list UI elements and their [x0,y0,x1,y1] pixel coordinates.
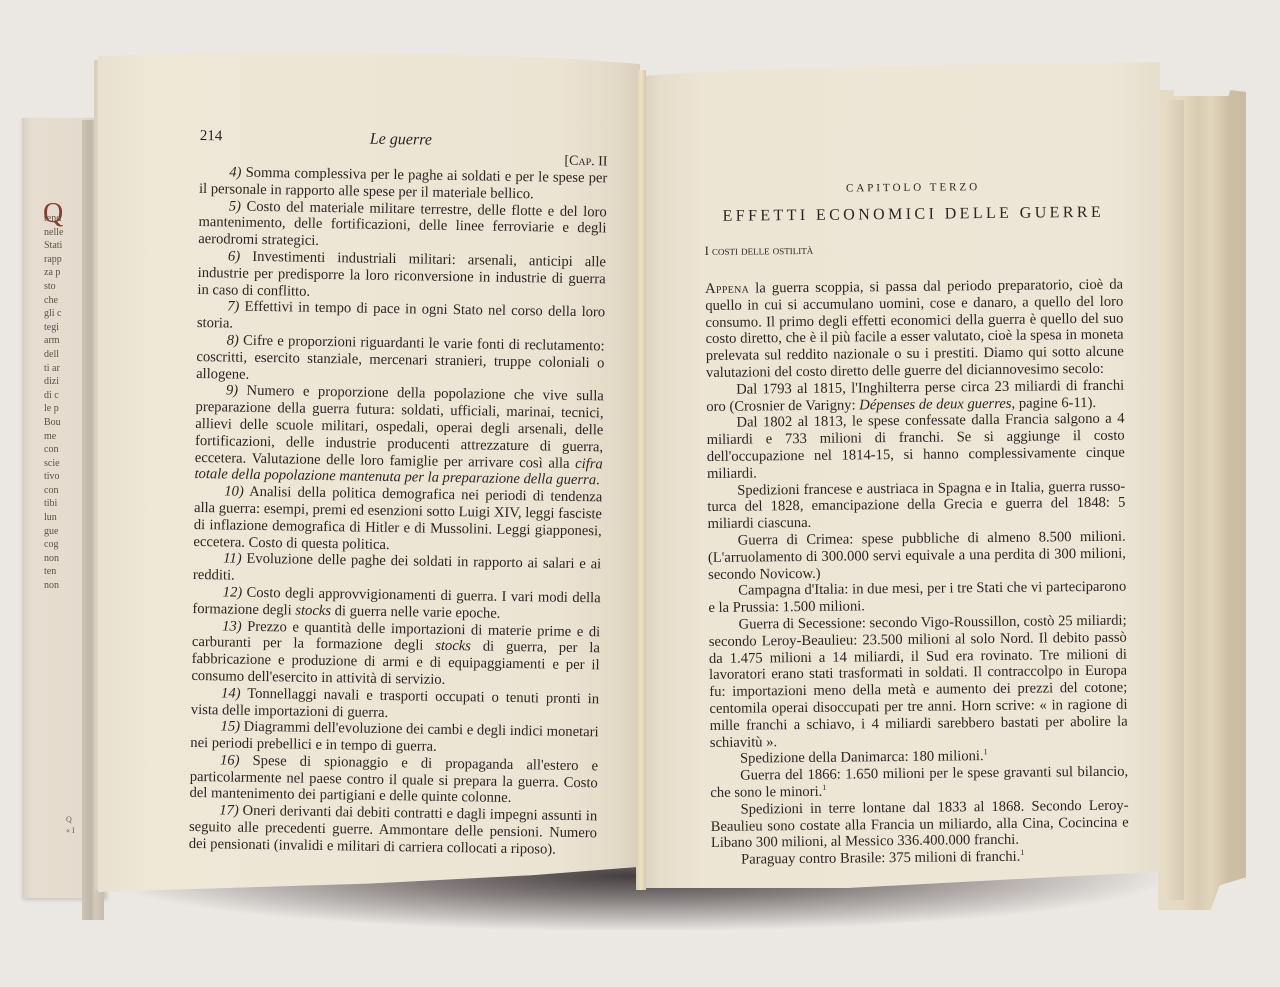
jacket-line: tend [44,212,82,226]
left-page-text: 214 Le guerre [Cap. II 4) Somma compless… [189,128,608,859]
opening-paragraph: Appena la guerra scoppia, si passa dal p… [705,277,1124,382]
jacket-line: gue [44,525,82,539]
jacket-line: con [44,484,82,498]
paragraph: Dal 1793 al 1815, l'Inghilterra perse ci… [706,377,1124,415]
jacket-line: za p [44,266,82,280]
jacket-line: non [44,552,82,566]
running-title: Le guerre [370,131,432,150]
jacket-line: rapp [44,253,82,267]
list-item: 8) Cifre e proporzioni riguardanti le va… [196,332,605,389]
jacket-line: tibi [44,497,82,511]
paragraph: Dal 1802 al 1813, le spese confessate da… [706,411,1125,483]
jacket-flap-text: tendnelleStatirappza pstochegli ctegiarm… [44,212,82,593]
jacket-line: che [44,294,82,308]
jacket-line: non [44,579,82,593]
jacket-line: tegi [44,321,82,335]
jacket-line: con [44,443,82,457]
paragraph: Campagna d'Italia: in due mesi, per i tr… [708,579,1126,617]
page-number: 214 [200,128,223,145]
jacket-line: tivo [44,470,82,484]
book-gutter [636,70,646,890]
list-item: 9) Numero e proporzione della popolazion… [194,382,604,489]
list-item: 17) Oneri derivanti dai debiti contratti… [189,802,598,859]
jacket-line: cog [44,538,82,552]
list-item: 10) Analisi della politica demografica n… [193,483,602,557]
paragraph: Guerra del 1866: 1.650 milioni per le sp… [710,764,1128,802]
jacket-line: me [44,430,82,444]
list-item: 6) Investimenti industriali militari: ar… [197,248,606,305]
jacket-line: dell [44,348,82,362]
list-item: 13) Prezzo e quantità delle importazioni… [191,617,600,691]
jacket-line: lun [44,511,82,525]
jacket-flap-footnote: Q « I [66,814,82,836]
jacket-line: Stati [44,239,82,253]
jacket-line: Bou [44,416,82,430]
chapter-title: Effetti economici delle guerre [704,204,1122,226]
footnote-marker: 1 [822,783,826,792]
paragraph: Spedizioni in terre lontane dal 1833 al … [710,797,1129,852]
paragraph: Spedizioni francese e austriaca in Spagn… [707,478,1126,533]
section-title: I costi delle ostilità [705,240,1123,259]
jacket-line: le p [44,402,82,416]
jacket-line: arm [44,334,82,348]
right-page-stack-inner [1164,100,1184,900]
paragraph: Guerra di Crimea: spese pubbliche di alm… [708,529,1127,584]
jacket-line: ten [44,565,82,579]
jacket-line: nelle [44,226,82,240]
list-item: 5) Costo del materiale militare terrestr… [198,198,607,255]
footnote-marker: 1 [1020,848,1024,857]
jacket-line: scie [44,457,82,471]
jacket-line: ti ar [44,362,82,376]
list-item: 16) Spese di spionaggio e di propaganda … [189,752,598,809]
right-page-text: Capitolo terzo Effetti economici delle g… [704,180,1129,869]
photo-scene: Q tendnelleStatirappza pstochegli ctegia… [0,0,1280,987]
jacket-line: di c [44,389,82,403]
jacket-line: dizi [44,375,82,389]
paragraph: Guerra di Secessione: secondo Vigo-Rouss… [709,613,1128,752]
jacket-line: sto [44,280,82,294]
jacket-line: gli c [44,307,82,321]
numbered-list: 4) Somma complessiva per le paghe ai sol… [189,164,608,859]
chapter-reference: [Cap. II [564,154,607,171]
footnote-marker: 1 [983,748,987,757]
